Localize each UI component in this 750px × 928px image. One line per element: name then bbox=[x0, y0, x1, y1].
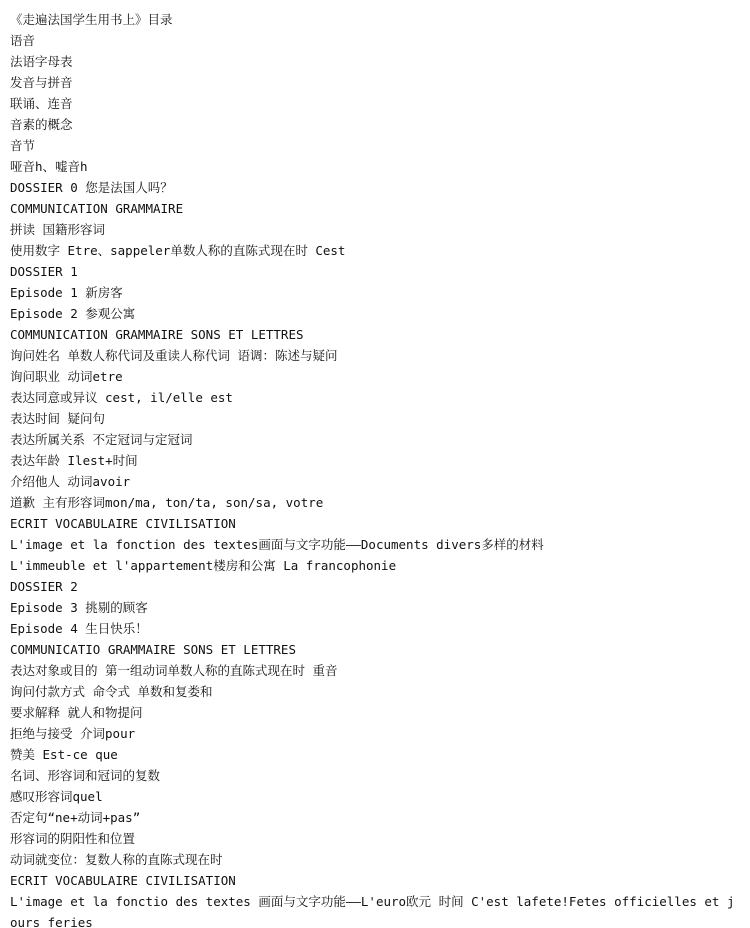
toc-line: L'image et la fonction des textes画面与文字功能… bbox=[10, 534, 742, 555]
toc-line: COMMUNICATION GRAMMAIRE SONS ET LETTRES bbox=[10, 324, 742, 345]
toc-line: 发音与拼音 bbox=[10, 72, 742, 93]
toc-line: 拒绝与接受 介词pour bbox=[10, 723, 742, 744]
toc-line: 动词就变位：复数人称的直陈式现在时 bbox=[10, 849, 742, 870]
toc-line: 拼读 国籍形容词 bbox=[10, 219, 742, 240]
toc-line: 否定句“ne+动词+pas” bbox=[10, 807, 742, 828]
toc-line: DOSSIER 0 您是法国人吗？ bbox=[10, 177, 742, 198]
toc-line: 名词、形容词和冠词的复数 bbox=[10, 765, 742, 786]
toc-line: 表达时间 疑问句 bbox=[10, 408, 742, 429]
toc-line: Episode 4 生日快乐！ bbox=[10, 618, 742, 639]
toc-line: L'immeuble et l'appartement楼房和公寓 La fran… bbox=[10, 555, 742, 576]
toc-line: 赞美 Est-ce que bbox=[10, 744, 742, 765]
toc-line: 要求解释 就人和物提问 bbox=[10, 702, 742, 723]
toc-line: 法语字母表 bbox=[10, 51, 742, 72]
toc-line: 音节 bbox=[10, 135, 742, 156]
toc-line: 询问职业 动词etre bbox=[10, 366, 742, 387]
toc-line: 询问付款方式 命令式 单数和复娄和 bbox=[10, 681, 742, 702]
toc-line: ECRIT VOCABULAIRE CIVILISATION bbox=[10, 870, 742, 891]
toc-line: 联诵、连音 bbox=[10, 93, 742, 114]
toc-line: Episode 1 新房客 bbox=[10, 282, 742, 303]
toc-line: 表达同意或异议 cest, il/elle est bbox=[10, 387, 742, 408]
toc-line: 语音 bbox=[10, 30, 742, 51]
document-body: 《走遍法国学生用书上》目录 语音法语字母表发音与拼音联诵、连音音素的概念音节哑音… bbox=[10, 9, 742, 928]
toc-line: 询问姓名 单数人称代词及重读人称代词 语调：陈述与疑问 bbox=[10, 345, 742, 366]
toc-line: Episode 3 挑剔的顾客 bbox=[10, 597, 742, 618]
toc-lines: 语音法语字母表发音与拼音联诵、连音音素的概念音节哑音h、嘘音hDOSSIER 0… bbox=[10, 30, 742, 928]
toc-line: 音素的概念 bbox=[10, 114, 742, 135]
toc-line: ECRIT VOCABULAIRE CIVILISATION bbox=[10, 513, 742, 534]
toc-line: COMMUNICATION GRAMMAIRE bbox=[10, 198, 742, 219]
toc-line: COMMUNICATIO GRAMMAIRE SONS ET LETTRES bbox=[10, 639, 742, 660]
toc-line: 表达年龄 Ilest+时间 bbox=[10, 450, 742, 471]
toc-line: 使用数字 Etre、sappeler单数人称的直陈式现在时 Cest bbox=[10, 240, 742, 261]
toc-line: 介绍他人 动词avoir bbox=[10, 471, 742, 492]
toc-line: 哑音h、嘘音h bbox=[10, 156, 742, 177]
toc-line: 形容词的阴阳性和位置 bbox=[10, 828, 742, 849]
toc-line: L'image et la fonctio des textes 画面与文字功能… bbox=[10, 891, 742, 928]
toc-line: Episode 2 参观公寓 bbox=[10, 303, 742, 324]
toc-line: DOSSIER 1 bbox=[10, 261, 742, 282]
document-title: 《走遍法国学生用书上》目录 bbox=[10, 9, 742, 30]
toc-line: 表达对象或目的 第一组动词单数人称的直陈式现在时 重音 bbox=[10, 660, 742, 681]
toc-line: DOSSIER 2 bbox=[10, 576, 742, 597]
toc-line: 表达所属关系 不定冠词与定冠词 bbox=[10, 429, 742, 450]
toc-line: 感叹形容词quel bbox=[10, 786, 742, 807]
toc-line: 道歉 主有形容词mon/ma, ton/ta, son/sa, votre bbox=[10, 492, 742, 513]
